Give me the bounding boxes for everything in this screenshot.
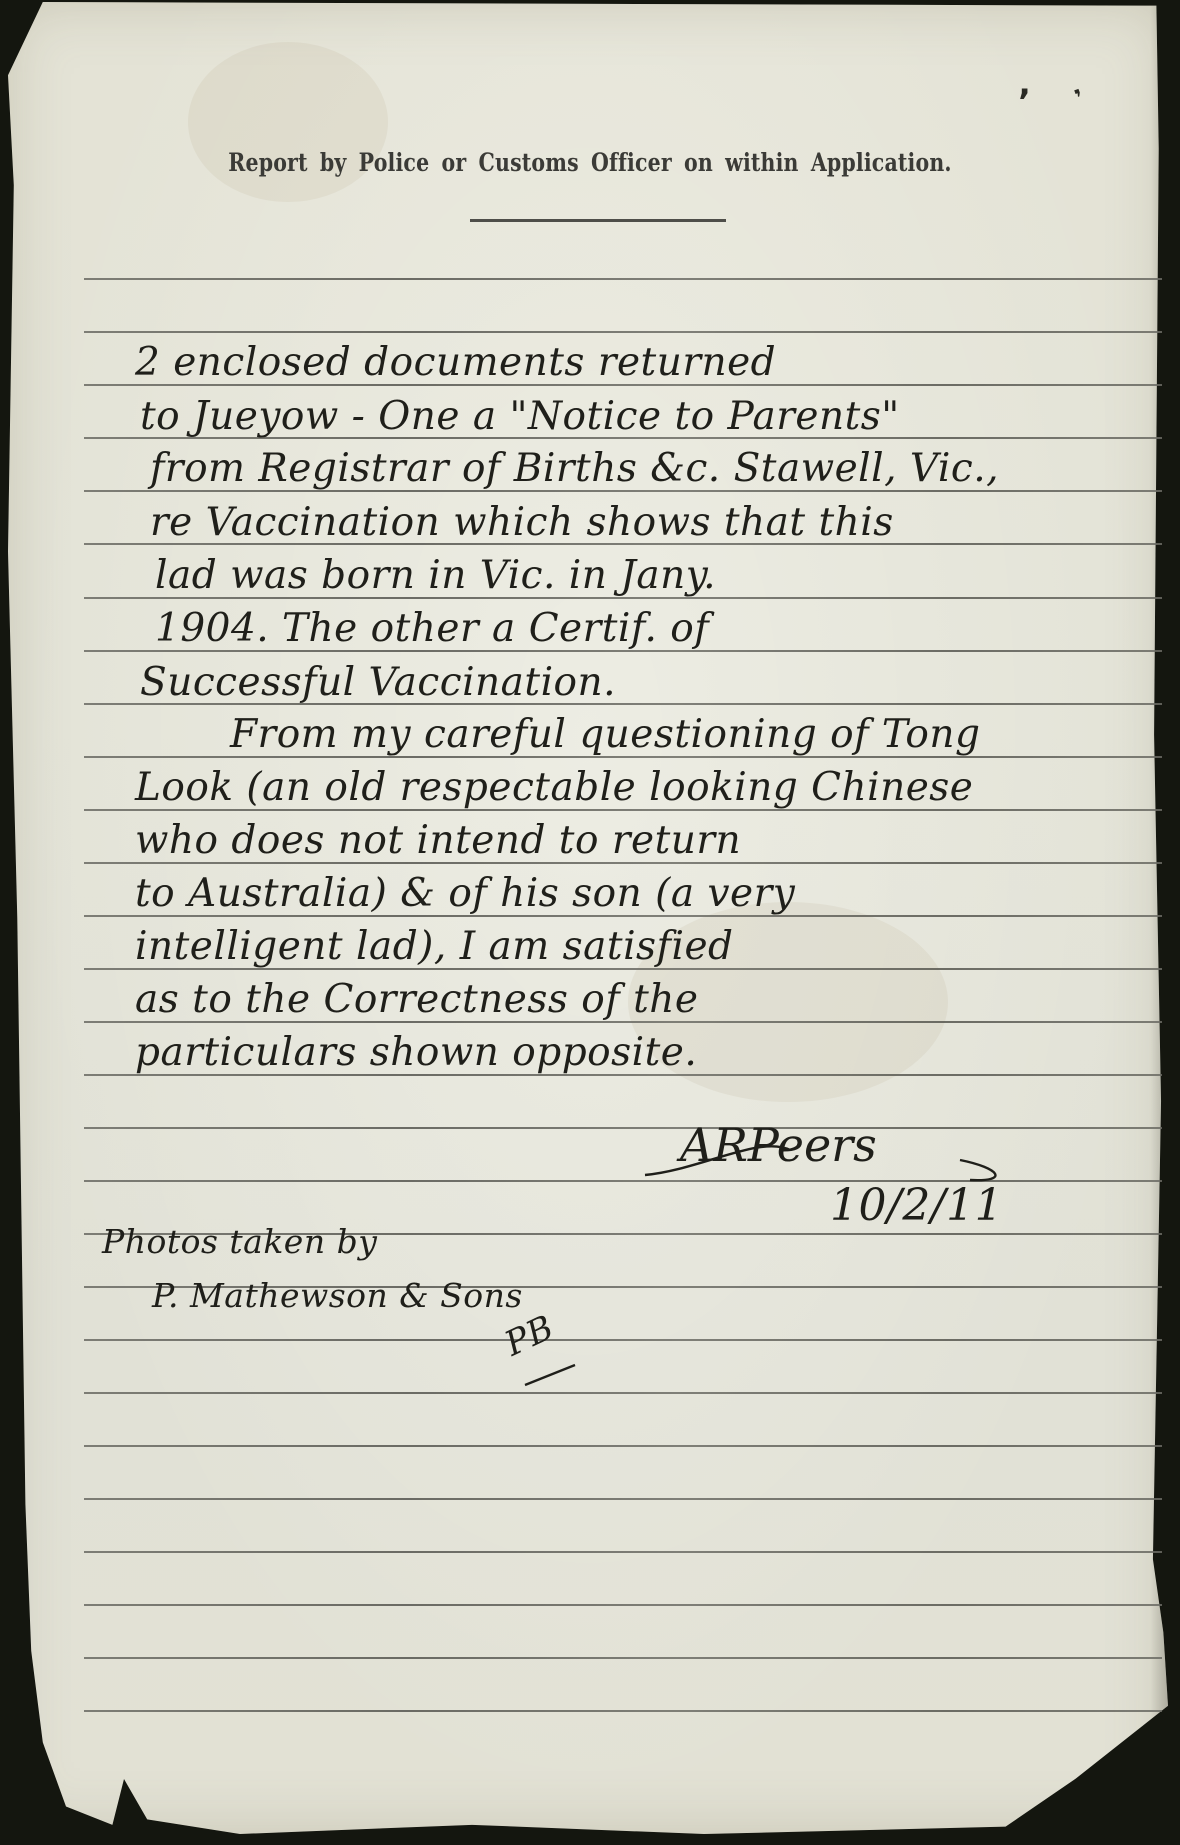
- initials-flourish: [520, 1360, 600, 1390]
- handwritten-line: particulars shown opposite.: [135, 1030, 697, 1075]
- ruled-line: [84, 1498, 1162, 1500]
- handwritten-line: from Registrar of Births &c. Stawell, Vi…: [150, 446, 999, 491]
- handwritten-line: re Vaccination which shows that this: [150, 500, 894, 545]
- stray-ink-mark: ’: [1018, 82, 1031, 122]
- ruled-line: [84, 1551, 1162, 1553]
- ruled-line: [84, 1657, 1162, 1659]
- ruled-line: [84, 1604, 1162, 1606]
- handwritten-line: intelligent lad), I am satisfied: [135, 924, 734, 969]
- ruled-line: [84, 278, 1162, 280]
- ruled-line: [84, 1710, 1162, 1712]
- signature-date: 10/2/11: [830, 1180, 1003, 1231]
- ruled-line: [84, 1127, 1162, 1129]
- handwritten-line: 2 enclosed documents returned: [135, 340, 776, 385]
- paper-stain: [188, 42, 388, 202]
- document-page: [8, 2, 1168, 1834]
- ruled-line: [84, 1445, 1162, 1447]
- ruled-line: [84, 1339, 1162, 1341]
- photo-credit-line: P. Mathewson & Sons: [152, 1276, 523, 1315]
- printed-heading: Report by Police or Customs Officer on w…: [106, 148, 1074, 177]
- handwritten-line: From my careful questioning of Tong: [230, 712, 980, 757]
- photo-credit-line: Photos taken by: [102, 1222, 377, 1261]
- heading-underline: [470, 219, 726, 222]
- handwritten-line: lad was born in Vic. in Jany.: [155, 553, 716, 598]
- handwritten-line: to Jueyow - One a "Notice to Parents": [140, 394, 900, 439]
- handwritten-line: Successful Vaccination.: [140, 660, 616, 705]
- ruled-line: [84, 1392, 1162, 1394]
- handwritten-line: as to the Correctness of the: [135, 977, 699, 1022]
- handwritten-line: Look (an old respectable looking Chinese: [135, 765, 973, 810]
- handwritten-line: who does not intend to return: [135, 818, 741, 863]
- handwritten-line: to Australia) & of his son (a very: [135, 871, 795, 916]
- handwritten-line: 1904. The other a Certif. of: [155, 606, 709, 651]
- ruled-line: [84, 331, 1162, 333]
